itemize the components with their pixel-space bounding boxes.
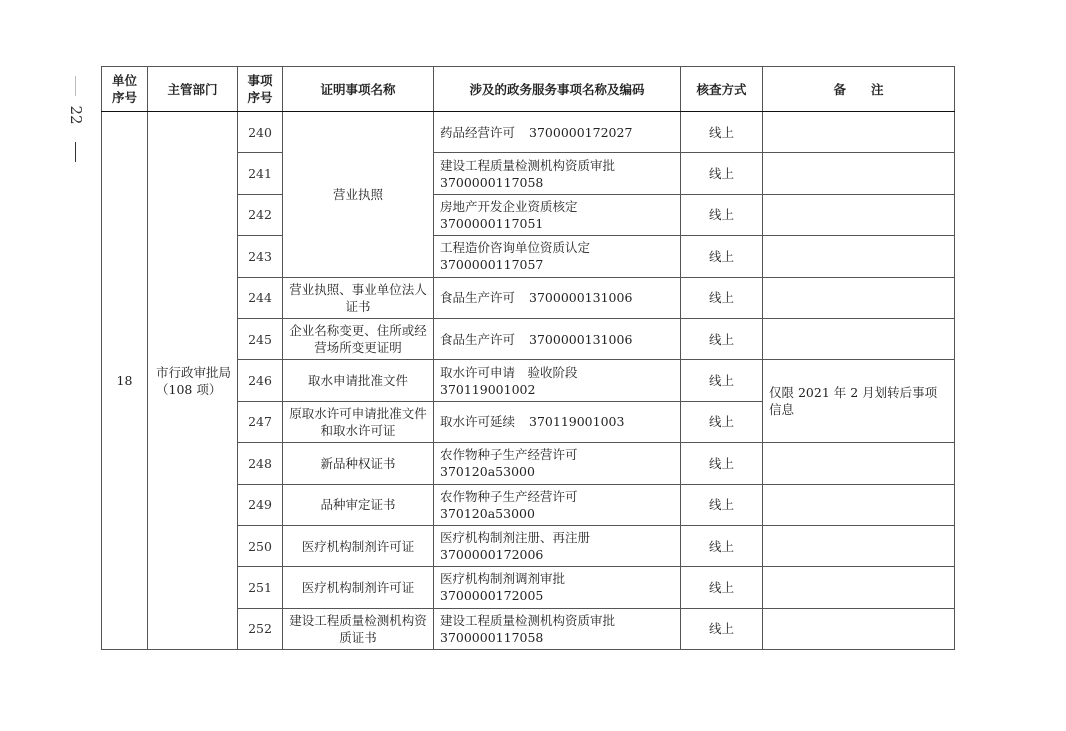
method-cell: 线上 xyxy=(681,194,763,235)
item-no-cell: 246 xyxy=(238,360,283,401)
page-number-rule-bottom xyxy=(75,142,76,162)
item-no-cell: 240 xyxy=(238,112,283,153)
service-cell: 农作物种子生产经营许可370120a53000 xyxy=(434,484,681,525)
service-code: 3700000172027 xyxy=(529,125,632,140)
service-name: 取水许可延续 xyxy=(440,414,515,429)
service-cell: 工程造价咨询单位资质认定3700000117057 xyxy=(434,236,681,277)
table-header-row: 单位序号 主管部门 事项序号 证明事项名称 涉及的政务服务事项名称及编码 核查方… xyxy=(102,67,955,112)
service-cell: 房地产开发企业资质核定3700000117051 xyxy=(434,194,681,235)
service-code: 3700000117051 xyxy=(440,215,674,232)
remark-cell xyxy=(763,112,955,153)
item-no-cell: 249 xyxy=(238,484,283,525)
service-name: 药品经营许可 xyxy=(440,125,515,140)
header-remark: 备 注 xyxy=(763,67,955,112)
service-name: 房地产开发企业资质核定 xyxy=(440,199,578,214)
cert-name-cell: 原取水许可申请批准文件和取水许可证 xyxy=(283,401,434,442)
method-cell: 线上 xyxy=(681,484,763,525)
service-cell: 取水许可申请 验收阶段370119001002 xyxy=(434,360,681,401)
remark-cell: 仅限 2021 年 2 月划转后事项信息 xyxy=(763,360,955,443)
unit-no-cell: 18 xyxy=(102,112,148,650)
remark-cell xyxy=(763,567,955,608)
service-code: 370119001003 xyxy=(529,414,624,429)
item-no-cell: 247 xyxy=(238,401,283,442)
item-no-cell: 241 xyxy=(238,153,283,194)
header-service: 涉及的政务服务事项名称及编码 xyxy=(434,67,681,112)
method-cell: 线上 xyxy=(681,112,763,153)
service-name: 农作物种子生产经营许可 xyxy=(440,447,578,462)
header-item-no: 事项序号 xyxy=(238,67,283,112)
certification-items-table: 单位序号 主管部门 事项序号 证明事项名称 涉及的政务服务事项名称及编码 核查方… xyxy=(101,66,955,650)
remark-cell xyxy=(763,484,955,525)
service-name: 食品生产许可 xyxy=(440,290,515,305)
service-code: 3700000131006 xyxy=(529,332,632,347)
item-no-cell: 244 xyxy=(238,277,283,318)
cert-name-cell: 医疗机构制剂许可证 xyxy=(283,525,434,566)
method-cell: 线上 xyxy=(681,236,763,277)
cert-name-cell: 品种审定证书 xyxy=(283,484,434,525)
header-dept: 主管部门 xyxy=(148,67,238,112)
cert-name-cell: 医疗机构制剂许可证 xyxy=(283,567,434,608)
method-cell: 线上 xyxy=(681,277,763,318)
service-cell: 建设工程质量检测机构资质审批3700000117058 xyxy=(434,608,681,649)
service-name: 取水许可申请 验收阶段 xyxy=(440,365,578,380)
remark-cell xyxy=(763,194,955,235)
cert-name-cell: 营业执照 xyxy=(283,112,434,278)
item-no-cell: 251 xyxy=(238,567,283,608)
service-cell: 食品生产许可3700000131006 xyxy=(434,277,681,318)
service-code: 3700000117057 xyxy=(440,256,674,273)
method-cell: 线上 xyxy=(681,401,763,442)
cert-name-cell: 新品种权证书 xyxy=(283,443,434,484)
remark-cell xyxy=(763,608,955,649)
remark-cell xyxy=(763,443,955,484)
item-no-cell: 250 xyxy=(238,525,283,566)
service-name: 食品生产许可 xyxy=(440,332,515,347)
service-name: 农作物种子生产经营许可 xyxy=(440,489,578,504)
page-number: 22 xyxy=(64,72,88,172)
service-code: 3700000117058 xyxy=(440,629,674,646)
service-code: 3700000117058 xyxy=(440,174,674,191)
page-number-text: 22 xyxy=(67,103,85,127)
remark-cell xyxy=(763,277,955,318)
service-code: 370120a53000 xyxy=(440,463,674,480)
header-cert-name: 证明事项名称 xyxy=(283,67,434,112)
item-no-cell: 243 xyxy=(238,236,283,277)
table-row: 18市行政审批局（108 项）240营业执照药品经营许可370000017202… xyxy=(102,112,955,153)
method-cell: 线上 xyxy=(681,360,763,401)
service-name: 医疗机构制剂注册、再注册 xyxy=(440,530,590,545)
remark-cell xyxy=(763,525,955,566)
service-cell: 取水许可延续370119001003 xyxy=(434,401,681,442)
method-cell: 线上 xyxy=(681,153,763,194)
method-cell: 线上 xyxy=(681,608,763,649)
item-no-cell: 252 xyxy=(238,608,283,649)
service-cell: 农作物种子生产经营许可370120a53000 xyxy=(434,443,681,484)
method-cell: 线上 xyxy=(681,318,763,359)
method-cell: 线上 xyxy=(681,443,763,484)
service-cell: 建设工程质量检测机构资质审批3700000117058 xyxy=(434,153,681,194)
cert-name-cell: 企业名称变更、住所或经营场所变更证明 xyxy=(283,318,434,359)
page-number-rule-top xyxy=(75,76,76,96)
remark-cell xyxy=(763,153,955,194)
service-code: 3700000172006 xyxy=(440,546,674,563)
remark-cell xyxy=(763,318,955,359)
method-cell: 线上 xyxy=(681,525,763,566)
service-cell: 食品生产许可3700000131006 xyxy=(434,318,681,359)
item-no-cell: 248 xyxy=(238,443,283,484)
cert-name-cell: 营业执照、事业单位法人证书 xyxy=(283,277,434,318)
header-unit-no: 单位序号 xyxy=(102,67,148,112)
service-cell: 药品经营许可3700000172027 xyxy=(434,112,681,153)
remark-cell xyxy=(763,236,955,277)
dept-cell: 市行政审批局（108 项） xyxy=(148,112,238,650)
service-cell: 医疗机构制剂注册、再注册3700000172006 xyxy=(434,525,681,566)
service-code: 370120a53000 xyxy=(440,505,674,522)
method-cell: 线上 xyxy=(681,567,763,608)
service-code: 3700000172005 xyxy=(440,587,674,604)
service-name: 工程造价咨询单位资质认定 xyxy=(440,240,590,255)
item-no-cell: 242 xyxy=(238,194,283,235)
service-code: 3700000131006 xyxy=(529,290,632,305)
header-method: 核查方式 xyxy=(681,67,763,112)
service-name: 建设工程质量检测机构资质审批 xyxy=(440,158,615,173)
service-name: 建设工程质量检测机构资质审批 xyxy=(440,613,615,628)
service-code: 370119001002 xyxy=(440,381,674,398)
cert-name-cell: 取水申请批准文件 xyxy=(283,360,434,401)
service-name: 医疗机构制剂调剂审批 xyxy=(440,571,565,586)
service-cell: 医疗机构制剂调剂审批3700000172005 xyxy=(434,567,681,608)
cert-name-cell: 建设工程质量检测机构资质证书 xyxy=(283,608,434,649)
item-no-cell: 245 xyxy=(238,318,283,359)
